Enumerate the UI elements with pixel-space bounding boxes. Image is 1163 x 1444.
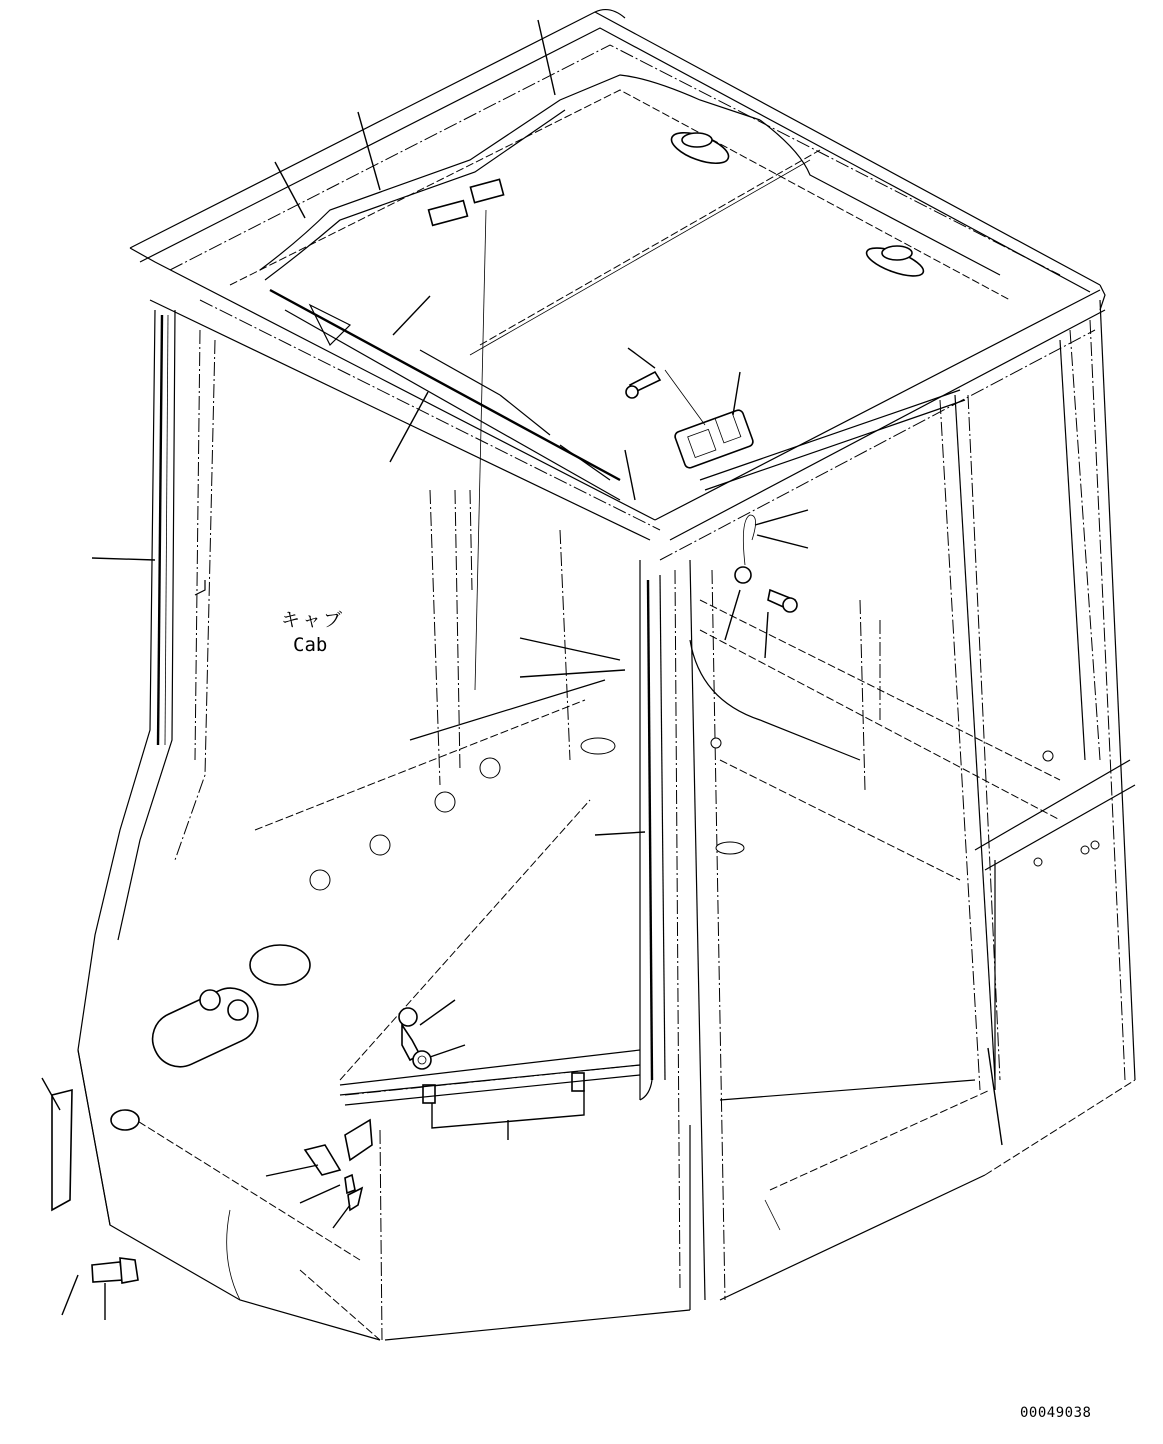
- cab-label-english: Cab: [293, 634, 327, 656]
- lower-front-panel: [78, 1050, 1135, 1340]
- left-front-pillar: [78, 310, 215, 1225]
- rear-window-frames: [430, 490, 1060, 820]
- cab-label-japanese: キャブ: [281, 605, 344, 632]
- leader-lines: [42, 20, 1002, 1320]
- drawing-number: 00049038: [1020, 1405, 1091, 1421]
- roof-harness: [260, 75, 1000, 500]
- center-front-pillar: [640, 560, 725, 1300]
- right-pillars: [940, 300, 1135, 1090]
- cab-wiring-drawing: [0, 0, 1163, 1444]
- parts: [52, 126, 1099, 1283]
